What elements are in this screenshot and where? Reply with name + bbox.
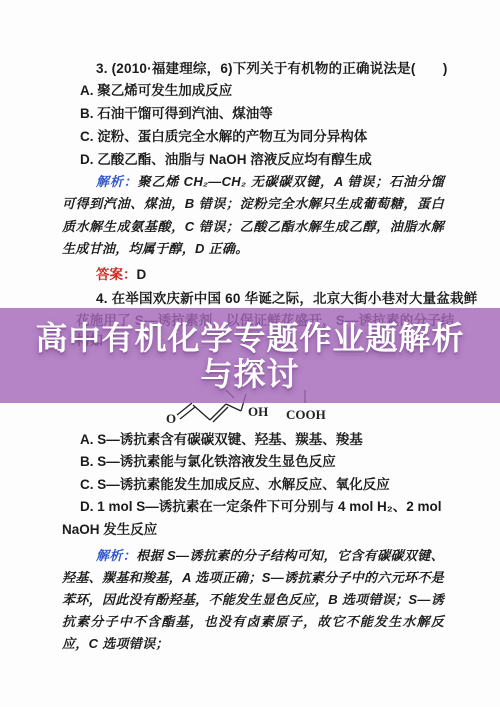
q4-options: A. S—诱抗素含有碳碳双键、羟基、羰基、羧基 B. S—诱抗素能与氯化铁溶液发… [62, 429, 444, 541]
q3-option-c: C. 淀粉、蛋白质完全水解的产物互为同分异构体 [62, 125, 444, 148]
q3-answer-value: D [137, 267, 147, 282]
q4-stem-line1: 4. 在举国欢庆新中国 60 华诞之际，北京大街小巷对大量盆栽鲜 [62, 287, 478, 307]
oxygen-atom-label: O [166, 411, 176, 426]
overlay-title-line1: 高中有机化学专题作业题解析 [35, 320, 464, 356]
q4-option-c: C. S—诱抗素能发生加成反应、水解反应、氧化反应 [62, 474, 444, 496]
q3-option-b: B. 石油干馏可得到汽油、煤油等 [62, 102, 444, 125]
q3-answer: 答案：D [62, 263, 478, 283]
worksheet-page: 3. (2010·福建理综，6)下列关于有机物的正确说法是( ) A. 聚乙烯可… [0, 0, 500, 707]
carboxyl-group-label: COOH [286, 407, 326, 422]
q3-stem: 3. (2010·福建理综，6)下列关于有机物的正确说法是( ) [62, 57, 478, 77]
q4-analysis-label: 解析： [96, 548, 136, 563]
q4-option-a: A. S—诱抗素含有碳碳双键、羟基、羰基、羧基 [62, 429, 444, 451]
q3-option-a: A. 聚乙烯可发生加成反应 [62, 79, 444, 102]
q3-analysis: 解析：聚乙烯 CH₂—CH₂ 无碳碳双键，A 错误；石油分馏可得到汽油、煤油，B… [62, 171, 444, 261]
overlay-title-line2: 与探讨 [200, 356, 299, 392]
q3-answer-label: 答案： [96, 267, 137, 282]
q3-options: A. 聚乙烯可发生加成反应 B. 石油干馏可得到汽油、煤油等 C. 淀粉、蛋白质… [62, 79, 444, 171]
overlay-title-banner: 高中有机化学专题作业题解析 与探讨 [0, 308, 500, 403]
hydroxyl-group-label: OH [248, 404, 268, 419]
q4-analysis-text: 根据 S—诱抗素的分子结构可知，它含有碳碳双键、羟基、羰基和羧基，A 选项正确；… [62, 548, 444, 651]
q3-option-d: D. 乙酸乙酯、油脂与 NaOH 溶液反应均有醇生成 [62, 148, 444, 171]
q4-option-d: D. 1 mol S—诱抗素在一定条件下可分别与 4 mol H₂、2 mol [62, 496, 444, 518]
q4-option-d-continued: NaOH 发生反应 [62, 519, 444, 541]
q4-option-b: B. S—诱抗素能与氯化铁溶液发生显色反应 [62, 451, 444, 473]
q4-analysis: 解析：根据 S—诱抗素的分子结构可知，它含有碳碳双键、羟基、羰基和羧基，A 选项… [62, 545, 444, 655]
q3-analysis-label: 解析： [96, 174, 138, 189]
